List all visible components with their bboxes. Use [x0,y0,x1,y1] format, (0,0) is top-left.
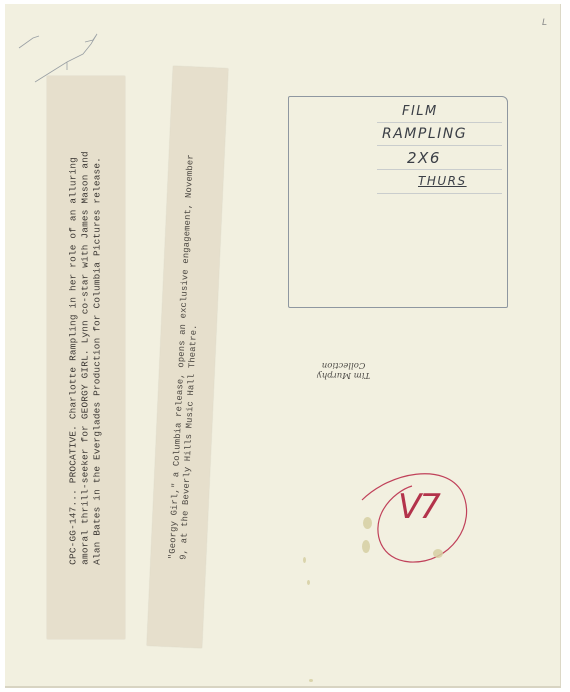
collection-stamp: Tim Murphy Collection [317,360,370,380]
handwritten-size: 2X6 [407,149,441,167]
page-marker: L [542,18,547,28]
handwritten-rampling: RAMPLING [382,126,467,142]
stain-spot [309,679,313,682]
caption-text-credits: CPC-GG-147... PROCATIVE. Charlotte Rampl… [68,151,105,565]
stain-spot [363,517,372,529]
rule-line [377,145,502,146]
rule-line [377,169,502,170]
rule-line [377,122,502,123]
stain-spot [303,557,306,563]
stain-spot [433,549,443,558]
red-handwritten-mark: V7 [398,487,439,527]
handwritten-film: FILM [402,104,438,119]
collection-stamp-name: Tim Murphy [317,370,370,380]
photo-back-paper: L CPC-GG-147... PROCATIVE. Charlotte Ram… [5,4,561,688]
handwritten-day: THURS [418,174,467,188]
caption-strip-credits: CPC-GG-147... PROCATIVE. Charlotte Rampl… [47,76,125,639]
rule-line [377,193,502,194]
stain-spot [362,540,370,553]
caption-strip-engagement: "Georgy Girl," a Columbia release, opens… [147,66,228,648]
collection-stamp-label: Collection [317,360,370,370]
stain-spot [307,580,310,585]
caption-text-engagement: "Georgy Girl," a Columbia release, opens… [167,154,208,560]
